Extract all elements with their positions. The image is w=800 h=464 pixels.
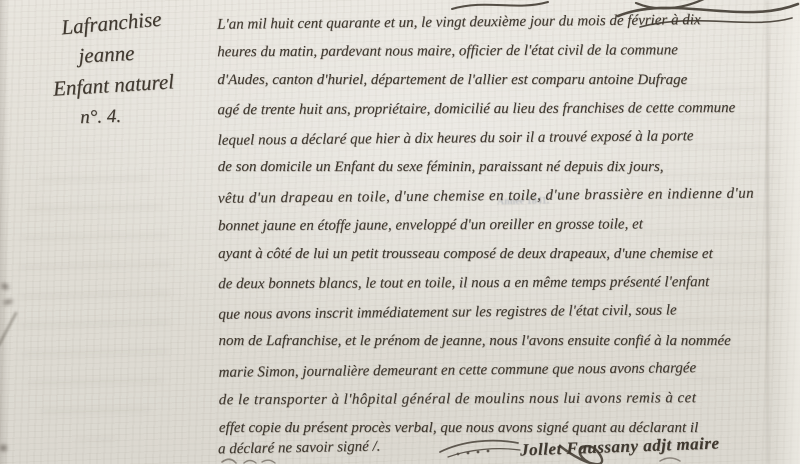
- body-line: L'an mil huit cent quarante et un, le vi…: [217, 5, 795, 40]
- body-line: bonnet jaune en étoffe jaune, enveloppé …: [218, 210, 796, 242]
- ink-bleedthrough-left: [20, 150, 170, 440]
- closing-statement: a déclaré ne savoir signé /.: [218, 439, 381, 459]
- register-page-scan: Année 1841. LafranchisejeanneEnfant natu…: [0, 0, 800, 464]
- body-line: de le transporter à l'hôpital général de…: [219, 384, 797, 416]
- body-line: nom de Lafranchise, et le prénom de jean…: [219, 327, 797, 356]
- body-line: que nous avons inscrit immédiatement sur…: [218, 295, 796, 330]
- body-line: d'Audes, canton d'huriel, département de…: [217, 66, 795, 95]
- partial-next-line-strokes: [222, 458, 680, 463]
- margin-annotation: LafranchisejeanneEnfant natureln°. 4.: [12, 5, 214, 136]
- body-line: heures du matin, pardevant nous maire, o…: [217, 36, 795, 68]
- signature-row: a déclaré ne savoir signé /. Jollet Faus…: [218, 437, 796, 457]
- ink-blot: [0, 445, 7, 451]
- official-signature: Jollet Faussany adjt maire: [520, 434, 720, 461]
- body-line: vêtu d'un drapeau en toile, d'une chemis…: [218, 179, 796, 214]
- body-line: de son domicile un Enfant du sexe fémini…: [218, 153, 796, 182]
- act-body-text: L'an mil huit cent quarante et un, le vi…: [217, 7, 797, 445]
- body-line: marie Simon, journalière demeurant en ce…: [219, 353, 797, 388]
- body-line: lequel nous a déclaré que hier à dix heu…: [217, 121, 795, 156]
- body-line: ayant à côté de lui un petit trousseau c…: [218, 240, 796, 269]
- margin-line: n°. 4.: [1, 98, 200, 136]
- body-line: de deux bonnets blancs, le tout en toile…: [218, 268, 796, 300]
- body-line: agé de trente huit ans, propriétaire, do…: [217, 94, 795, 126]
